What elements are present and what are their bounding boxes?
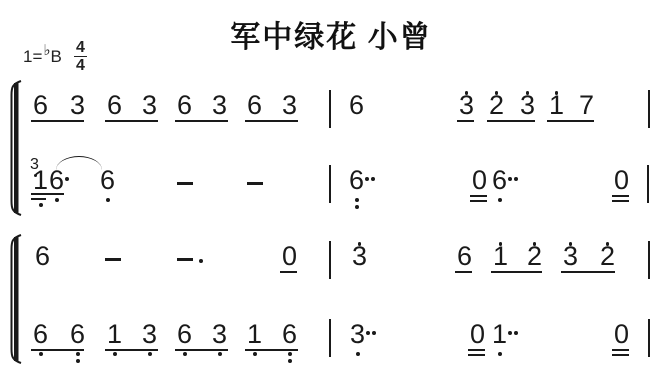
note-digit: 1 xyxy=(107,321,122,348)
note-digit: 6 xyxy=(70,321,85,348)
note-digit: 6 xyxy=(349,167,364,194)
barline xyxy=(329,90,331,128)
octave-dot-below xyxy=(148,352,152,356)
underline-beam xyxy=(612,349,629,351)
flat-icon: ♭ xyxy=(43,42,50,59)
note-digit: 3 xyxy=(459,92,474,119)
underline-beam xyxy=(561,271,615,273)
note-digit: 6 xyxy=(349,92,364,119)
key-tonic: B xyxy=(50,47,61,66)
underline-beam xyxy=(612,354,629,356)
underline-beam xyxy=(612,200,629,202)
octave-dot-above xyxy=(358,242,362,246)
note-digit: 1 xyxy=(493,243,508,270)
note-digit: 3 xyxy=(212,321,227,348)
underline-beam xyxy=(280,271,297,273)
time-sig-denominator: 4 xyxy=(74,57,87,74)
note-digit: 2 xyxy=(600,243,615,270)
octave-dot-below xyxy=(288,359,292,363)
note-digit: 3 xyxy=(520,92,535,119)
augmentation-dot xyxy=(508,331,512,335)
octave-dot-below xyxy=(183,352,187,356)
barline xyxy=(648,319,650,357)
underline-beam xyxy=(31,349,84,351)
rest-digit: 0 xyxy=(614,167,629,194)
octave-dot-above xyxy=(555,91,559,95)
octave-dot-below xyxy=(76,352,80,356)
system-bracket-icon xyxy=(4,234,24,364)
underline-beam xyxy=(470,195,487,197)
augmentation-dot xyxy=(372,331,376,335)
note-digit: 3 xyxy=(142,92,157,119)
augmentation-dot xyxy=(514,331,518,335)
time-sig-numerator: 4 xyxy=(74,39,87,57)
note-digit: 3 xyxy=(350,321,365,348)
barline xyxy=(647,165,649,203)
underline-beam xyxy=(612,195,629,197)
note-digit: 6 xyxy=(492,167,507,194)
octave-dot-below xyxy=(355,198,359,202)
note-digit: 3 xyxy=(352,243,367,270)
octave-dot-below xyxy=(498,198,502,202)
underline-beam xyxy=(31,193,64,195)
underline-beam xyxy=(470,200,487,202)
underline-beam xyxy=(175,349,228,351)
note-digit: 3 xyxy=(282,92,297,119)
underline-beam xyxy=(105,349,158,351)
note-digit: 1 xyxy=(247,321,262,348)
underline-beam xyxy=(455,271,472,273)
octave-dot-above xyxy=(465,91,469,95)
octave-dot-below xyxy=(288,352,292,356)
underline-beam xyxy=(245,120,298,122)
note-digit: 3 xyxy=(563,243,578,270)
underline-beam xyxy=(487,120,535,122)
note-digit: 6 xyxy=(35,243,50,270)
octave-dot-above xyxy=(499,242,503,246)
note-digit: 1 xyxy=(492,321,507,348)
augmentation-dot xyxy=(199,259,203,263)
barline xyxy=(648,90,650,128)
key-signature: 1=♭B xyxy=(23,48,62,66)
song-title: 军中绿花 小曾 xyxy=(0,12,662,56)
note-digit: 2 xyxy=(489,92,504,119)
octave-dot-below xyxy=(356,352,360,356)
note-digit: 6 xyxy=(177,92,192,119)
octave-dot-below xyxy=(498,352,502,356)
rest-digit: 0 xyxy=(614,321,629,348)
barline xyxy=(329,319,331,357)
augmentation-dot xyxy=(508,177,512,181)
dash-note xyxy=(105,258,121,261)
note-digit: 6 xyxy=(457,243,472,270)
sheet-music-page: 军中绿花 小曾 1=♭B 4 4 63636363632317316660606… xyxy=(0,0,662,375)
note-digit: 1 xyxy=(549,92,564,119)
rest-digit: 0 xyxy=(282,243,297,270)
octave-dot-below xyxy=(218,352,222,356)
note-digit: 3 xyxy=(70,92,85,119)
rest-digit: 0 xyxy=(472,167,487,194)
dash-note xyxy=(177,182,193,185)
system-bracket-icon xyxy=(4,80,24,216)
note-digit: 6 xyxy=(33,321,48,348)
rest-digit: 0 xyxy=(470,321,485,348)
barline xyxy=(648,241,650,279)
note-digit: 6 xyxy=(247,92,262,119)
octave-dot-below xyxy=(355,205,359,209)
augmentation-dot xyxy=(65,177,69,181)
note-digit: 6 xyxy=(177,321,192,348)
time-signature: 4 4 xyxy=(74,39,87,74)
dash-note xyxy=(177,258,193,261)
underline-beam xyxy=(31,120,84,122)
octave-dot-above xyxy=(569,242,573,246)
octave-dot-below xyxy=(106,198,110,202)
note-digit: 6 xyxy=(282,321,297,348)
augmentation-dot xyxy=(514,177,518,181)
underline-beam xyxy=(491,271,542,273)
augmentation-dot xyxy=(371,177,375,181)
note-digit: 6 xyxy=(107,92,122,119)
tie-slur xyxy=(56,156,102,170)
octave-dot-below xyxy=(76,359,80,363)
underline-beam xyxy=(468,354,485,356)
note-digit: 3 xyxy=(142,321,157,348)
octave-dot-below xyxy=(39,352,43,356)
note-digit: 7 xyxy=(579,92,594,119)
augmentation-dot xyxy=(365,177,369,181)
octave-dot-below xyxy=(39,203,43,207)
underline-beam xyxy=(245,349,298,351)
note-digit: 6 xyxy=(33,92,48,119)
underline-beam xyxy=(105,120,158,122)
underline-beam xyxy=(175,120,228,122)
octave-dot-above xyxy=(606,242,610,246)
note-digit: 6 xyxy=(100,167,115,194)
note-digit: 3 xyxy=(212,92,227,119)
key-prefix: 1= xyxy=(23,47,42,66)
note-digit: 2 xyxy=(527,243,542,270)
octave-dot-above xyxy=(526,91,530,95)
barline xyxy=(329,241,331,279)
underline-beam xyxy=(547,120,594,122)
underline-beam xyxy=(31,198,46,200)
octave-dot-below xyxy=(253,352,257,356)
octave-dot-below xyxy=(55,198,59,202)
octave-dot-above xyxy=(533,242,537,246)
octave-dot-below xyxy=(113,352,117,356)
octave-dot-above xyxy=(495,91,499,95)
dash-note xyxy=(247,182,263,185)
underline-beam xyxy=(468,349,485,351)
note-digit: 1 xyxy=(33,167,48,194)
augmentation-dot xyxy=(366,331,370,335)
barline xyxy=(329,165,331,203)
note-digit: 6 xyxy=(49,167,64,194)
underline-beam xyxy=(457,120,474,122)
